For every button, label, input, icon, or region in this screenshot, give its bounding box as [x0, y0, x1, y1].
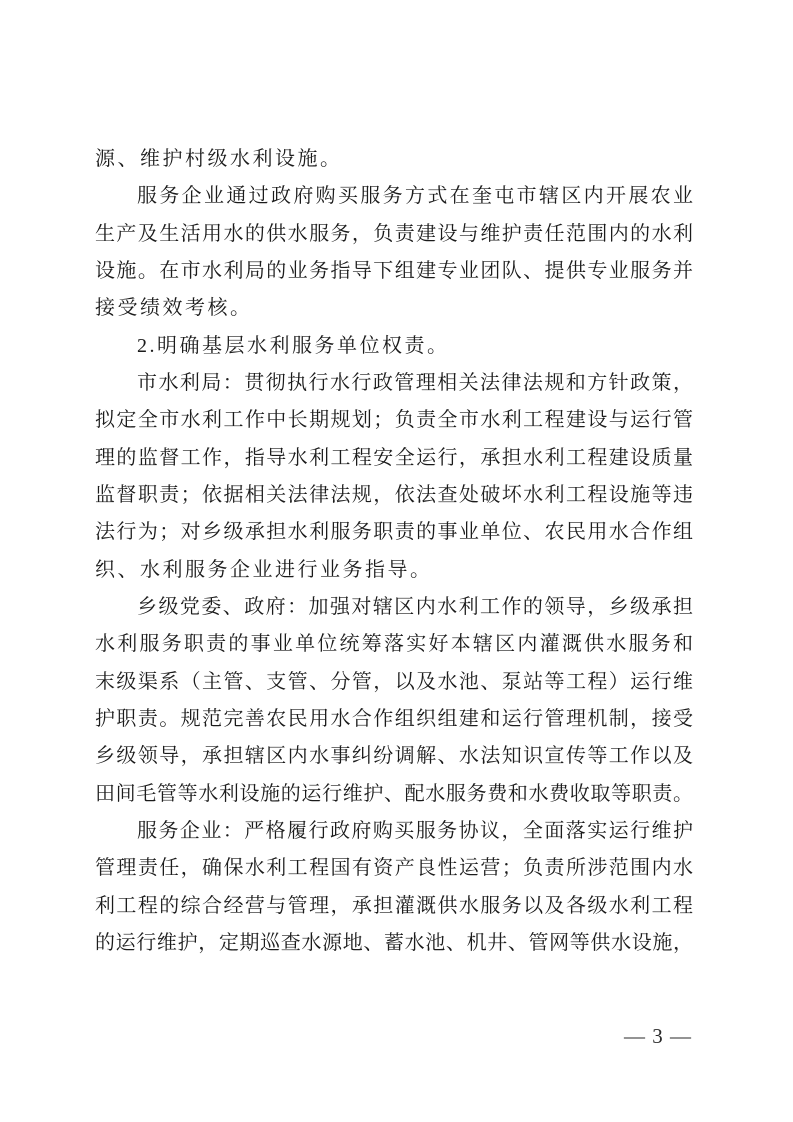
- text-line: 乡级领导，承担辖区内水事纠纷调解、水法知识宣传等工作以及: [95, 738, 693, 775]
- text-line: 接受绩效考核。: [95, 290, 693, 327]
- text-line: 田间毛管等水利设施的运行维护、配水服务费和水费收取等职责。: [95, 776, 693, 813]
- text-line: 服务企业通过政府购买服务方式在奎屯市辖区内开展农业: [95, 178, 693, 215]
- text-line: 2.明确基层水利服务单位权责。: [95, 328, 693, 365]
- text-line: 服务企业：严格履行政府购买服务协议，全面落实运行维护: [95, 813, 693, 850]
- text-line: 末级渠系（主管、支管、分管，以及水池、泵站等工程）运行维: [95, 664, 693, 701]
- text-line: 的运行维护，定期巡查水源地、蓄水池、机井、管网等供水设施，: [95, 925, 693, 962]
- text-line: 护职责。规范完善农民用水合作组织组建和运行管理机制，接受: [95, 701, 693, 738]
- text-line: 设施。在市水利局的业务指导下组建专业团队、提供专业服务并: [95, 253, 693, 290]
- text-line: 乡级党委、政府：加强对辖区内水利工作的领导，乡级承担: [95, 589, 693, 626]
- text-line: 水利服务职责的事业单位统筹落实好本辖区内灌溉供水服务和: [95, 626, 693, 663]
- text-line: 拟定全市水利工作中长期规划；负责全市水利工程建设与运行管: [95, 402, 693, 439]
- document-body: 源、维护村级水利设施。 服务企业通过政府购买服务方式在奎屯市辖区内开展农业 生产…: [95, 141, 693, 962]
- text-line: 管理责任，确保水利工程国有资产良性运营；负责所涉范围内水: [95, 850, 693, 887]
- text-line: 市水利局：贯彻执行水行政管理相关法律法规和方针政策，: [95, 365, 693, 402]
- text-line: 法行为；对乡级承担水利服务职责的事业单位、农民用水合作组: [95, 514, 693, 551]
- text-line: 理的监督工作，指导水利工程安全运行，承担水利工程建设质量: [95, 440, 693, 477]
- document-page: 源、维护村级水利设施。 服务企业通过政府购买服务方式在奎屯市辖区内开展农业 生产…: [0, 0, 793, 1122]
- text-line: 监督职责；依据相关法律法规，依法查处破坏水利工程设施等违: [95, 477, 693, 514]
- text-line: 织、水利服务企业进行业务指导。: [95, 552, 693, 589]
- page-number: — 3 —: [624, 1024, 692, 1049]
- text-line: 利工程的综合经营与管理，承担灌溉供水服务以及各级水利工程: [95, 888, 693, 925]
- text-line: 源、维护村级水利设施。: [95, 141, 693, 178]
- text-line: 生产及生活用水的供水服务，负责建设与维护责任范围内的水利: [95, 216, 693, 253]
